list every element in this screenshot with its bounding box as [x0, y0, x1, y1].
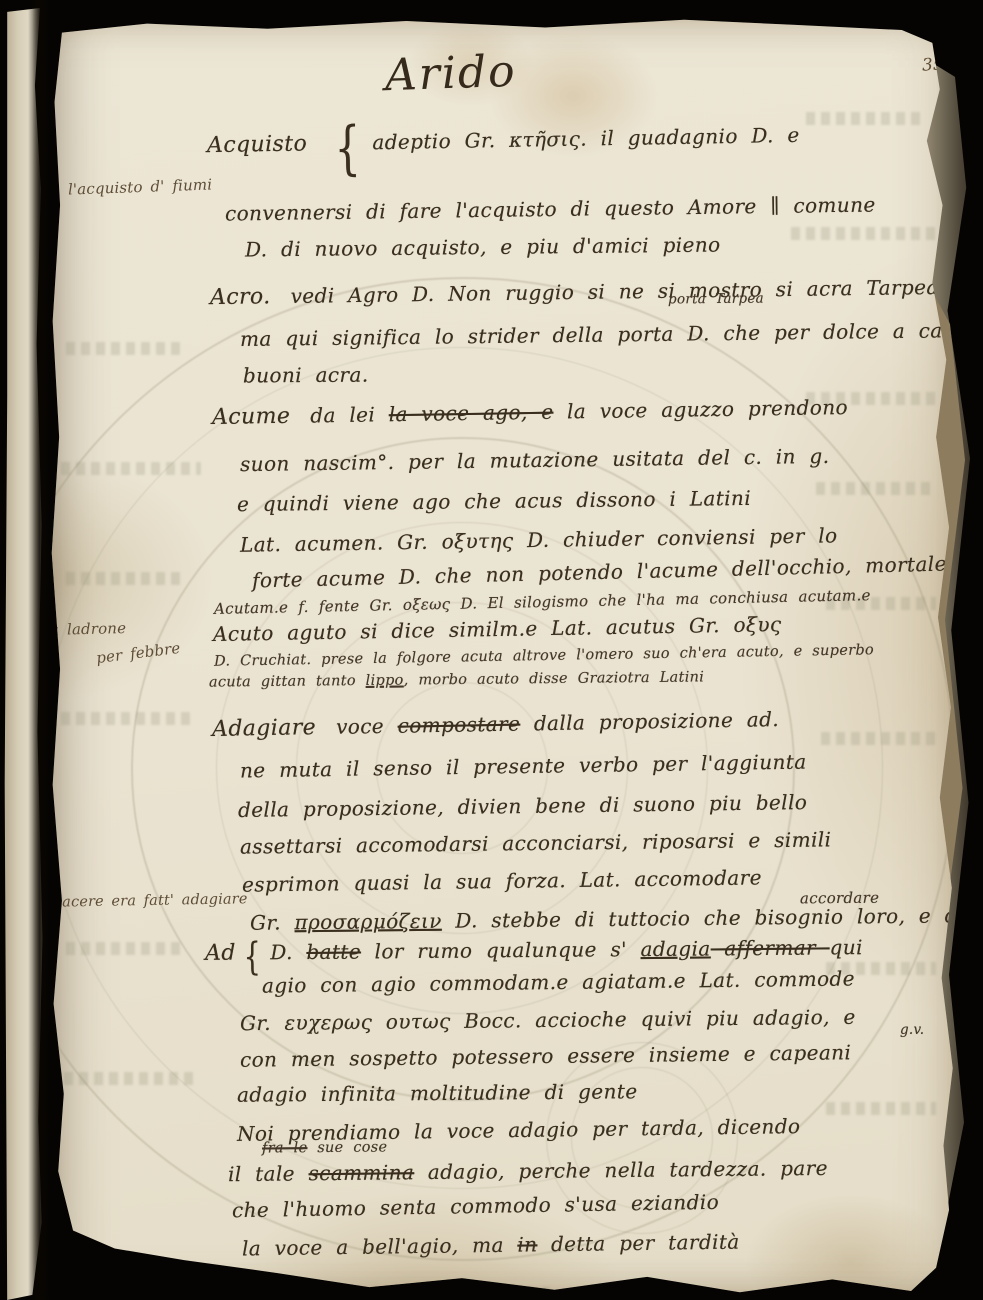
line-text: detta per tardità [537, 1230, 740, 1257]
line-accordare-interline: accordare [800, 889, 879, 908]
showthrough-marks [66, 342, 186, 355]
headword-adagiare: Adagiare [212, 715, 316, 742]
line-text: vedi Agro D. Non ruggio si ne si mostro … [290, 275, 938, 308]
line-acro-1: Acro.vedi Agro D. Non ruggio si ne si mo… [210, 275, 939, 310]
struck-text: affermar [711, 935, 830, 960]
line-text: adeptio Gr. κτῆσις. il guadagnio D. e [372, 123, 800, 154]
struck-text: scammina [308, 1160, 414, 1185]
line-acquisto-3: D. di nuovo acquisto, e piu d'amici pien… [245, 233, 721, 262]
margin-note: l'acquisto d' fiumi [68, 175, 213, 198]
showthrough-marks [821, 732, 936, 745]
line-text: lor rumo qualunque s' [361, 937, 641, 963]
line-text: , morbo acuto disse Graziotra Latini [404, 669, 705, 688]
page-title: Arido [384, 46, 517, 102]
line-text: sue cose [307, 1139, 387, 1156]
showthrough-marks [66, 942, 186, 955]
margin-note: a ladrone [50, 619, 127, 639]
line-text: voce [336, 714, 398, 739]
line-acro-interline: porta Tarpea [668, 291, 764, 308]
struck-text: in [517, 1232, 537, 1256]
showthrough-marks [61, 462, 201, 475]
headword-acro: Acro. [210, 284, 271, 310]
line-acquisto-1: Acquisto{adeptio Gr. κτῆσις. il guadagni… [207, 123, 800, 158]
line-text: da lei [310, 402, 389, 427]
headword-acume: Acume [212, 404, 291, 430]
underlined-text: adagia [640, 936, 710, 961]
line-text: qui [829, 935, 862, 959]
binding-gutter [28, 0, 54, 1300]
showthrough-marks [406, 1287, 556, 1300]
underlined-greek: προσαρμόζειν [294, 909, 442, 935]
line-text: dalla proposizione ad. [520, 707, 779, 736]
showthrough-marks [826, 1102, 936, 1115]
showthrough-marks [791, 227, 941, 240]
showthrough-marks [66, 572, 186, 585]
line-text: la voce a bell'agio, ma [242, 1233, 518, 1261]
struck-text: la voce ago, e [389, 400, 554, 427]
line-gv-interline: g.v. [900, 1022, 924, 1038]
struck-text: fra le [262, 1140, 308, 1156]
line-adagio-7: il tale scammina adagio, perche nella ta… [228, 1156, 828, 1186]
line-text: il tale [228, 1161, 309, 1186]
line-text: D. [270, 940, 306, 964]
line-text: adagio, perche nella tardezza. pare [414, 1156, 828, 1184]
line-text: la voce aguzzo prendono [553, 395, 848, 424]
showthrough-marks [64, 1072, 194, 1085]
line-acquisto-2: convennersi di fare l'acquisto di questo… [225, 192, 876, 225]
headword-ad: Ad [205, 941, 236, 966]
showthrough-marks [61, 712, 196, 725]
line-adagio-interline: fra le sue cose [262, 1139, 388, 1156]
struck-text: batte [306, 940, 361, 964]
manuscript-photo: Arido 35 l'acquisto d' fiumi a ladrone p… [0, 0, 983, 1300]
headword-acquisto: Acquisto [207, 131, 307, 158]
line-adagio-5: adagio infinita moltitudine di gente [237, 1079, 638, 1106]
line-acro-3: buoni acra. [243, 363, 369, 388]
line-text: Gr. [250, 910, 295, 934]
manuscript-page: Arido 35 l'acquisto d' fiumi a ladrone p… [36, 12, 962, 1300]
line-text: acuta gittan tanto [209, 673, 366, 691]
underlined-text: lippo [366, 673, 404, 689]
showthrough-marks [816, 482, 936, 495]
showthrough-marks [806, 112, 926, 125]
struck-text: compostare [397, 712, 520, 738]
